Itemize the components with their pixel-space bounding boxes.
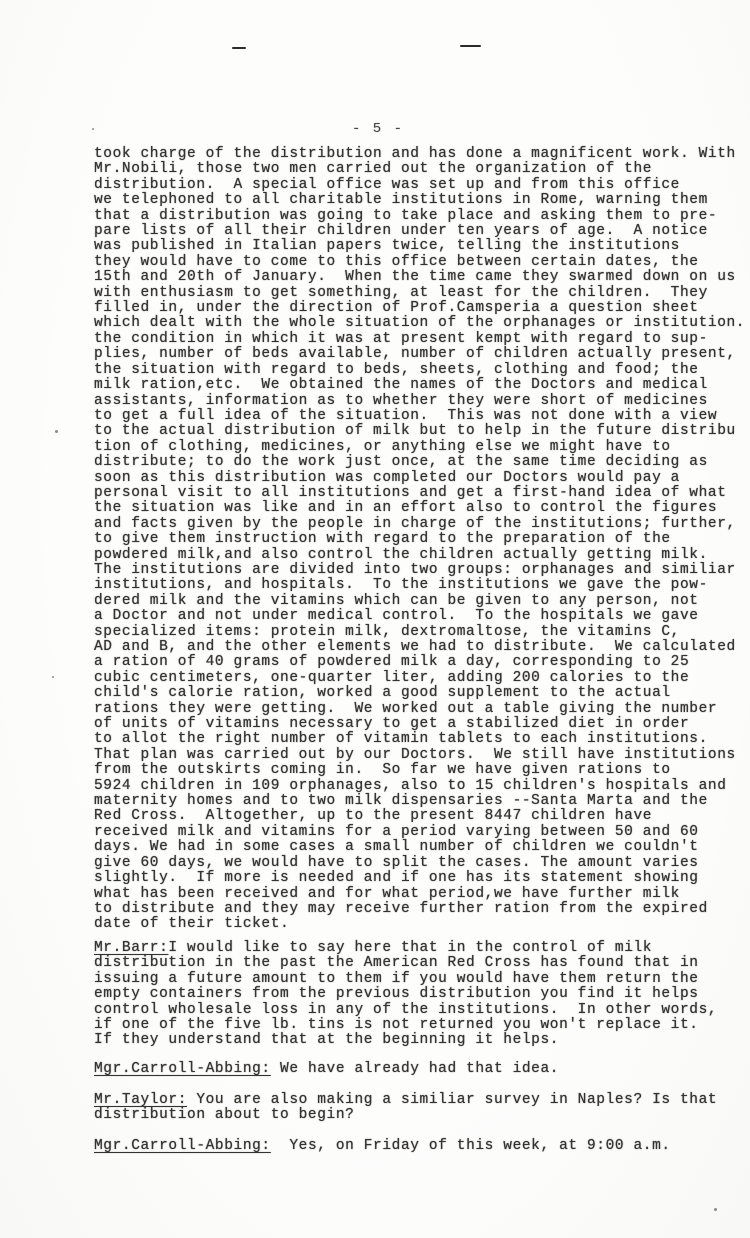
speech-text: Yes, on Friday of this week, at 9:00 a.m…: [271, 1138, 671, 1154]
scan-speck: [55, 430, 58, 433]
scan-mark-right: [460, 45, 481, 47]
speech-text: I would like to say here that in the con…: [94, 940, 717, 1048]
scan-mark-left: [232, 47, 246, 49]
scan-speck: [714, 1208, 717, 1211]
scan-speck: [52, 676, 54, 678]
scan-speck: [92, 128, 94, 130]
speech-text: We have already had that idea.: [271, 1061, 559, 1077]
speech-block-taylor: Mr.Taylor: You are also making a similia…: [94, 1093, 717, 1124]
body-paragraph: took charge of the distribution and has …: [94, 147, 745, 933]
speech-text: You are also making a similiar survey in…: [94, 1092, 717, 1123]
speech-block-carroll-abbing-1: Mgr.Carroll-Abbing: We have already had …: [94, 1062, 559, 1077]
speaker-name: Mgr.Carroll-Abbing:: [94, 1138, 271, 1154]
speech-block-carroll-abbing-2: Mgr.Carroll-Abbing: Yes, on Friday of th…: [94, 1139, 671, 1154]
speech-block-barr: Mr.Barr:I would like to say here that in…: [94, 941, 717, 1049]
page-number: - 5 -: [352, 121, 404, 137]
speaker-name: Mgr.Carroll-Abbing:: [94, 1061, 271, 1077]
scanned-document-page: - 5 - took charge of the distribution an…: [0, 0, 750, 1238]
speaker-name: Mr.Taylor:: [94, 1092, 187, 1108]
speaker-name: Mr.Barr:: [94, 940, 168, 956]
